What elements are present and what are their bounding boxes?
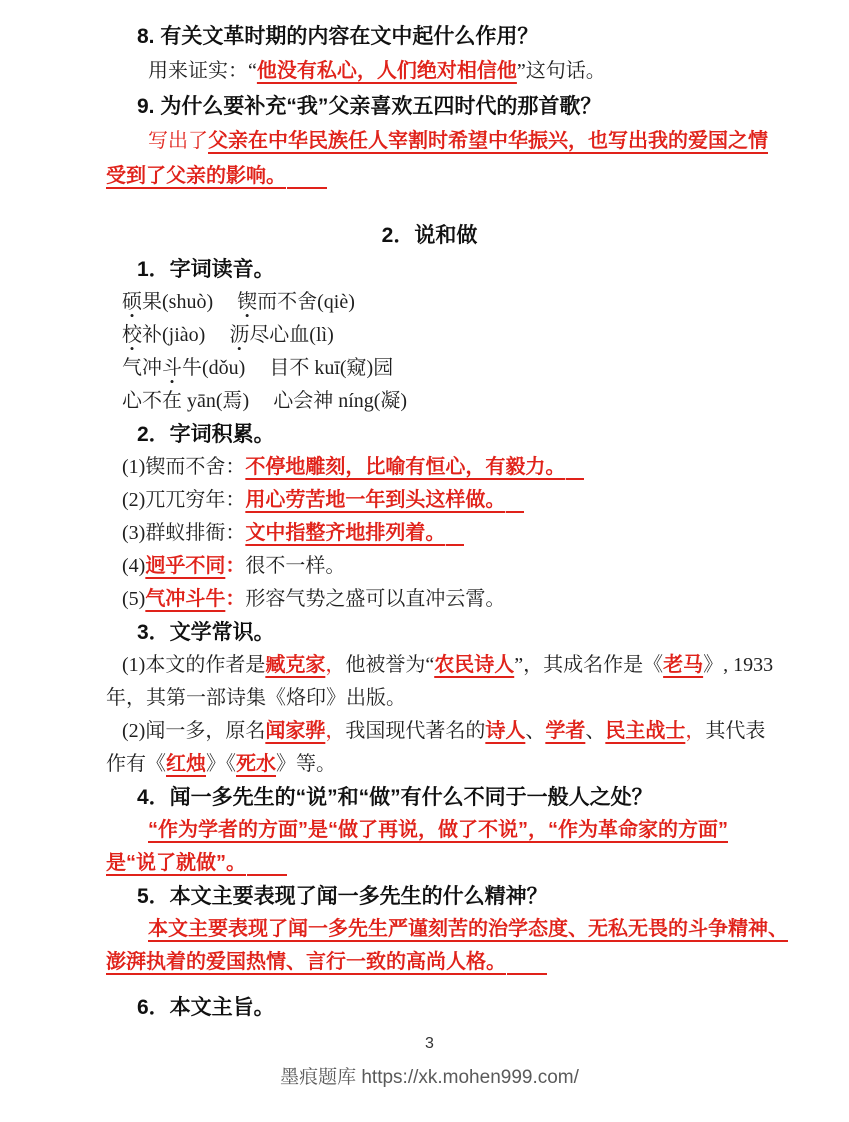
text-segment: (1)本文的作者是 [122,654,265,676]
vocab-term: 迥乎不同 [145,555,225,577]
pinyin-text: 尽心血(lì) [249,324,333,346]
vocab-number: (1) [122,456,145,478]
answer-5-line-2: 澎湃执着的爱国热情、言行一致的高尚人格。 [106,946,753,979]
vocab-item-3: (3)群蚁排衙：文中指整齐地排列着。 [106,517,753,550]
vocab-definition: 不停地雕刻，比喻有恒心，有毅力。 [245,456,565,478]
pinyin-item: 校补(jiào) [122,324,205,346]
document-page: 8. 有关文革时期的内容在文中起什么作用？ 用来证实：“他没有私心，人们绝对相信… [0,0,849,1122]
underline-tail [247,874,287,876]
emphasis-dot-char: 硕 [122,291,142,314]
spacer [106,979,753,991]
vocab-item-1: (1)锲而不舍：不停地雕刻，比喻有恒心，有毅力。 [106,451,753,484]
answer-5-highlight-1: 本文主要表现了闻一多先生严谨刻苦的治学态度、无私无畏的斗争精神、 [148,918,788,940]
answer-8: 用来证实：“他没有私心，人们绝对相信他”这句话。 [106,54,753,89]
identity-highlight: 民主战士 [605,720,685,742]
vocab-term: 锲而不舍 [145,456,225,478]
separator: 、 [585,720,605,742]
vocab-term: 兀兀穷年 [145,489,225,511]
pinyin-text: 心不在 yān(焉) [122,390,249,412]
pinyin-text: 补(jiào) [142,324,205,346]
vocab-number: (5) [122,588,145,610]
answer-9-line-2: 受到了父亲的影响。 [106,159,753,194]
pinyin-row-3: 气冲斗牛(dǒu)目不 kuī(窥)园 [106,352,753,385]
red-comma: ， [325,654,345,676]
heading-pronunciation: 1．字词读音。 [106,253,753,286]
question-5: 5．本文主要表现了闻一多先生的什么精神？ [106,880,753,913]
answer-4-line-2: 是“说了就做”。 [106,847,753,880]
epithet-highlight: 农民诗人 [434,654,514,676]
emphasis-dot-char: 沥 [229,324,249,347]
literary-note-1-line-1: (1)本文的作者是臧克家，他被誉为“农民诗人”，其成名作是《老马》, 1933 [106,649,753,682]
work-title-highlight: 老马 [663,654,703,676]
underline-tail [506,511,524,513]
answer-8-suffix: ”这句话。 [517,60,606,82]
heading-main-idea: 6．本文主旨。 [106,991,753,1024]
pinyin-item: 硕果(shuò) [122,291,213,313]
emphasis-dot-char: 斗 [162,357,182,380]
text-segment: 年，其第一部诗集《烙印》出版。 [106,687,406,709]
section-title: 2．说和做 [382,224,478,247]
vocab-number: (3) [122,522,145,544]
literary-note-1-line-2: 年，其第一部诗集《烙印》出版。 [106,682,753,715]
vocab-item-4: (4)迥乎不同：很不一样。 [106,550,753,583]
underline-tail [566,478,584,480]
pinyin-item: 沥尽心血(lì) [229,324,333,346]
vocab-colon: ： [225,555,245,577]
pinyin-row-1: 硕果(shuò)锲而不舍(qiè) [106,286,753,319]
literary-note-2-line-1: (2)闻一多，原名闻家骅，我国现代著名的诗人、学者、民主战士，其代表 [106,715,753,748]
vocab-term: 气冲斗牛 [145,588,225,610]
pinyin-row-2: 校补(jiào)沥尽心血(lì) [106,319,753,352]
identity-highlight: 学者 [545,720,585,742]
vocab-definition: 形容气势之盛可以直冲云霄。 [245,588,505,610]
vocab-term: 群蚁排衙 [145,522,225,544]
text-segment: 》《 [206,753,236,775]
author-name-highlight: 臧克家 [265,654,325,676]
vocab-item-2: (2)兀兀穷年：用心劳苦地一年到头这样做。 [106,484,753,517]
text-segment: 》等。 [276,753,336,775]
underline-tail [507,973,547,975]
pinyin-item: 心会神 níng(凝) [273,390,407,412]
footer-site-link[interactable]: 墨痕题库 https://xk.mohen999.com/ [106,1064,753,1092]
answer-8-highlight: 他没有私心，人们绝对相信他 [257,60,517,82]
vocab-colon: ： [225,522,245,544]
literary-note-2-line-2: 作有《红烛》《死水》等。 [106,748,753,781]
text-segment: 其代表 [705,720,765,742]
vocab-colon: ： [225,588,245,610]
pinyin-item: 锲而不舍(qiè) [237,291,355,313]
question-9: 9. 为什么要补充“我”父亲喜欢五四时代的那首歌？ [106,89,753,124]
emphasis-dot-char: 校 [122,324,142,347]
text-segment: 他被誉为“ [345,654,434,676]
pinyin-item: 气冲斗牛(dǒu) [122,357,245,379]
answer-9-highlight-2: 受到了父亲的影响。 [106,165,286,187]
vocab-number: (2) [122,489,145,511]
emphasis-dot-char: 锲 [237,291,257,314]
red-comma: ， [325,720,345,742]
text-segment: (2)闻一多，原名 [122,720,265,742]
text-segment: 作有《 [106,753,166,775]
text-segment: ”，其成名作是《 [514,654,663,676]
original-name-highlight: 闻家骅 [265,720,325,742]
identity-highlight: 诗人 [485,720,525,742]
answer-9-line-1: 写出了父亲在中华民族任人宰割时希望中华振兴，也写出我的爱国之情 [106,124,753,159]
section-title-row: 2．说和做 [106,218,753,253]
vocab-colon: ： [225,489,245,511]
work-title-highlight: 红烛 [166,753,206,775]
pinyin-text: 牛(dǒu) [182,357,245,379]
text-segment: 》, 1933 [703,654,773,676]
page-number: 3 [106,1029,753,1059]
answer-4-line-1: “作为学者的方面”是“做了再说，做了不说”，“作为革命家的方面” [106,814,753,847]
pinyin-text: 心会神 níng(凝) [273,390,407,412]
separator: 、 [525,720,545,742]
work-title-highlight: 死水 [236,753,276,775]
heading-vocabulary: 2．字词积累。 [106,418,753,451]
pinyin-text: 气冲 [122,357,162,379]
heading-literary-knowledge: 3．文学常识。 [106,616,753,649]
answer-4-highlight-2: 是“说了就做”。 [106,852,246,874]
spacer [106,194,753,218]
vocab-definition: 很不一样。 [245,555,345,577]
answer-8-prefix: 用来证实：“ [148,60,257,82]
vocab-definition: 用心劳苦地一年到头这样做。 [245,489,505,511]
text-segment: 我国现代著名的 [345,720,485,742]
answer-9-prefix: 写出了 [148,130,208,152]
answer-9-highlight-1: 父亲在中华民族任人宰割时希望中华振兴，也写出我的爱国之情 [208,130,768,152]
pinyin-item: 心不在 yān(焉) [122,390,249,412]
pinyin-text: 目不 kuī(窥)园 [269,357,393,379]
red-comma: ， [685,720,705,742]
answer-4-highlight-1: “作为学者的方面”是“做了再说，做了不说”，“作为革命家的方面” [148,819,728,841]
vocab-item-5: (5)气冲斗牛：形容气势之盛可以直冲云霄。 [106,583,753,616]
vocab-number: (4) [122,555,145,577]
vocab-definition: 文中指整齐地排列着。 [245,522,445,544]
underline-tail [446,544,464,546]
underline-tail [287,187,327,189]
pinyin-item: 目不 kuī(窥)园 [269,357,393,379]
pinyin-text: 而不舍(qiè) [257,291,355,313]
answer-5-line-1: 本文主要表现了闻一多先生严谨刻苦的治学态度、无私无畏的斗争精神、 [106,913,753,946]
pinyin-row-4: 心不在 yān(焉)心会神 níng(凝) [106,385,753,418]
question-4: 4．闻一多先生的“说”和“做”有什么不同于一般人之处？ [106,781,753,814]
answer-5-highlight-2: 澎湃执着的爱国热情、言行一致的高尚人格。 [106,951,506,973]
pinyin-text: 果(shuò) [142,291,213,313]
question-8: 8. 有关文革时期的内容在文中起什么作用？ [106,19,753,54]
vocab-colon: ： [225,456,245,478]
